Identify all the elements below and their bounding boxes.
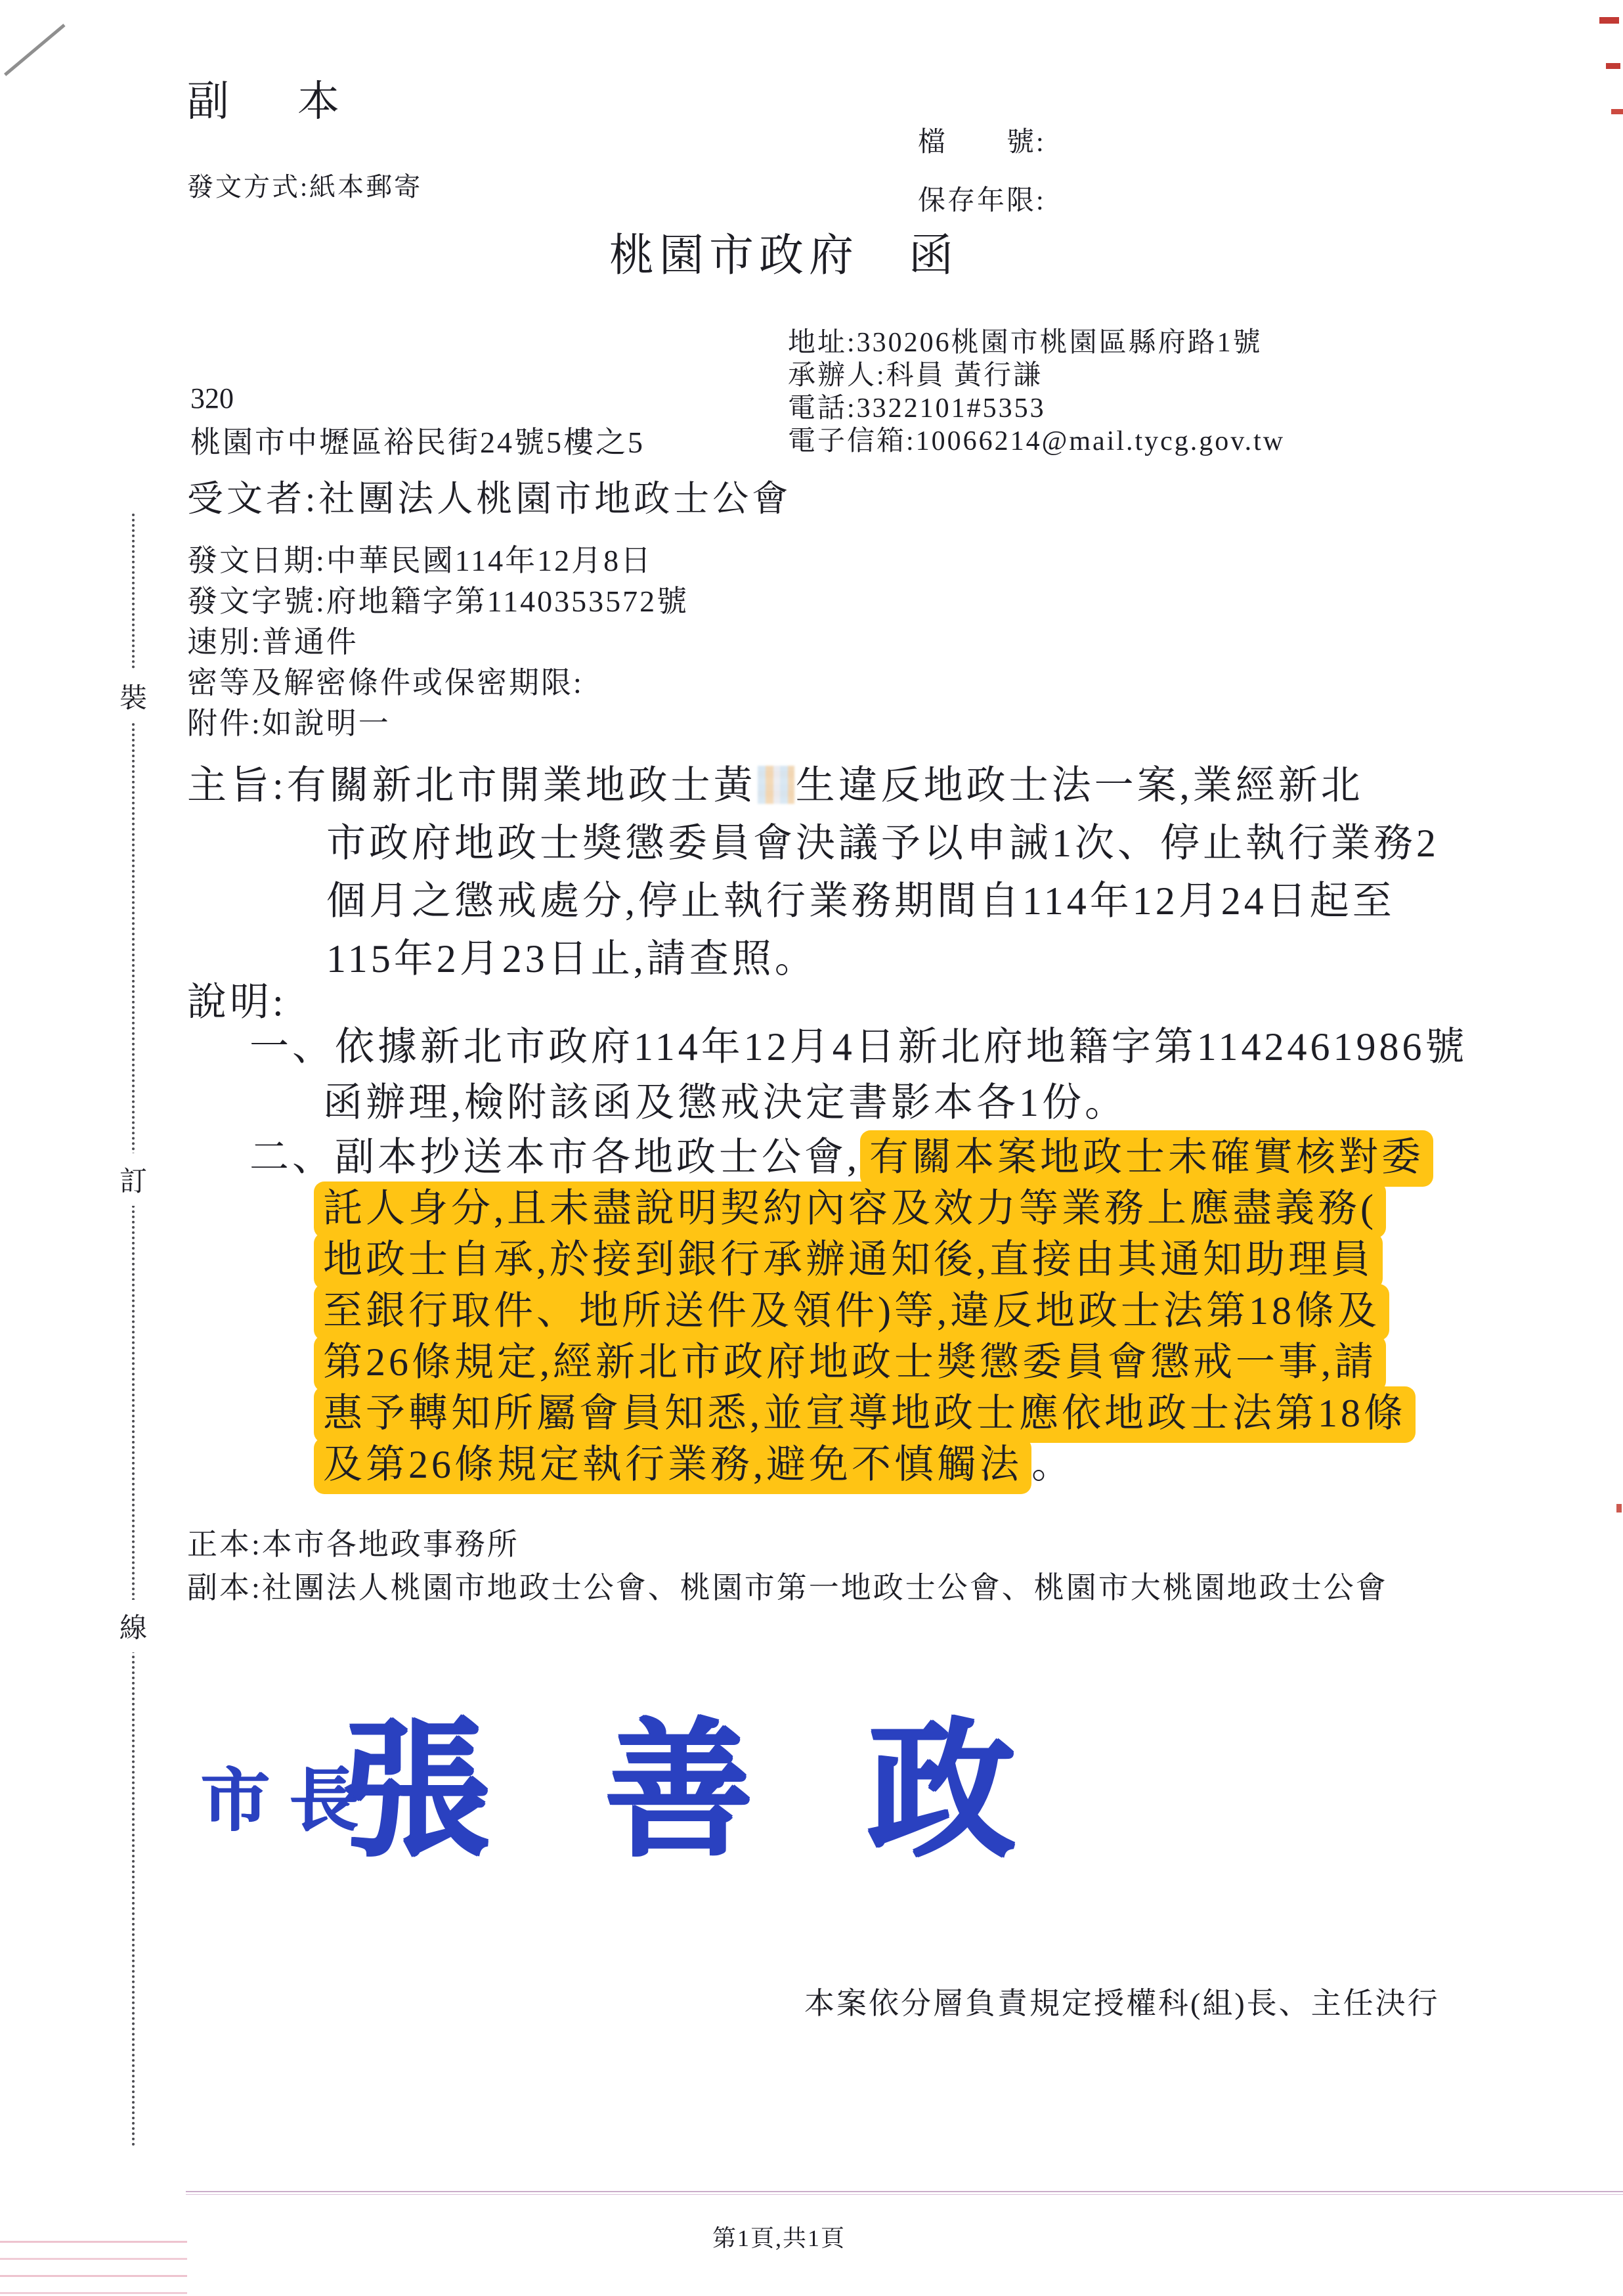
document-title: 桃園市政府 函: [609, 230, 959, 281]
red-mark-artifact: [1606, 63, 1620, 69]
explanation-item-2-line-7: 及第26條規定執行業務,避免不慎觸法。: [323, 1442, 1074, 1488]
footer-divider-line: [186, 2191, 1623, 2195]
corner-slash-artifact: [4, 24, 66, 76]
item-2-prefix: 副本抄送本市各地政士公會,: [335, 1136, 860, 1179]
subject-line-1-pre: 主旨:有關新北市開業地政士黃: [187, 764, 756, 807]
recipient-zip: 320: [190, 382, 234, 416]
redacted-name-block: [758, 766, 794, 804]
attachment-note: 附件:如說明一: [187, 707, 391, 741]
highlighted-text-segment: 第26條規定,經新北市政府地政士獎懲委員會懲戒一事,請: [314, 1335, 1386, 1392]
page-number: 第1頁,共1頁: [712, 2225, 846, 2252]
highlighted-text-segment: 及第26條規定執行業務,避免不慎觸法: [314, 1438, 1031, 1494]
issue-date: 發文日期:中華民國114年12月8日: [187, 544, 653, 579]
red-mark-artifact: [1616, 1504, 1622, 1512]
speed-class: 速別:普通件: [187, 625, 358, 660]
copy-label: 副 本: [187, 77, 353, 126]
item-1-number: 一、: [249, 1025, 335, 1069]
subject-line-3: 個月之懲戒處分,停止執行業務期間自114年12月24日起至: [326, 879, 1395, 924]
highlighted-text-segment: 託人身分,且未盡說明契約內容及效力等業務上應盡義務(: [314, 1181, 1386, 1238]
sender-phone: 電話:3322101#5353: [788, 393, 1046, 424]
highlighted-text-segment: 地政士自承,於接到銀行承辦通知後,直接由其通知助理員: [314, 1233, 1383, 1289]
explanation-item-2-line-2: 託人身分,且未盡說明契約內容及效力等業務上應盡義務(: [323, 1186, 1386, 1231]
binding-mark-ding: 訂: [118, 1153, 148, 1206]
explanation-item-2-line-4: 至銀行取件、地所送件及領件)等,違反地政士法第18條及: [323, 1289, 1389, 1334]
security-class: 密等及解密條件或保密期限:: [187, 666, 584, 701]
binding-dotted-line: [132, 514, 135, 2148]
red-mark-artifact: [1611, 109, 1623, 114]
highlighted-text-segment: 至銀行取件、地所送件及領件)等,違反地政士法第18條及: [314, 1284, 1389, 1340]
explanation-item-2-line-5: 第26條規定,經新北市政府地政士獎懲委員會懲戒一事,請: [323, 1340, 1386, 1385]
pink-line-artifact: [0, 2275, 187, 2277]
explanation-item-2-line-1: 二、副本抄送本市各地政士公會,有關本案地政士未確實核對委: [249, 1135, 1433, 1180]
mayor-signature: 張善政: [341, 1717, 1129, 1865]
red-mark-artifact: [1599, 17, 1619, 24]
recipient-line: 受文者:社團法人桃園市地政士公會: [187, 478, 791, 519]
pink-line-artifact: [0, 2258, 187, 2260]
copies-original: 正本:本市各地政事務所: [187, 1528, 519, 1562]
document-page: 裝 訂 線 副 本 發文方式:紙本郵寄 檔 號: 保存年限: 桃園市政府 函 地…: [0, 0, 1623, 2296]
sender-email: 電子信箱:10066214@mail.tycg.gov.tw: [788, 426, 1285, 457]
recipient-address: 桃園市中壢區裕民街24號5樓之5: [190, 426, 645, 460]
explanation-label: 說明:: [187, 980, 287, 1025]
binding-mark-zhuang: 裝: [118, 670, 148, 722]
sender-contact-person: 承辦人:科員 黃行謙: [788, 360, 1043, 391]
delegation-note: 本案依分層負責規定授權科(組)長、主任決行: [804, 1987, 1440, 2021]
explanation-item-1-line-1: 一、依據新北市政府114年12月4日新北府地籍字第1142461986號: [249, 1025, 1468, 1070]
pink-line-artifact: [0, 2241, 187, 2243]
subject-line-4: 115年2月23日止,請查照。: [326, 937, 817, 982]
pink-line-artifact: [0, 2292, 187, 2294]
doc-number: 發文字號:府地籍字第1140353572號: [187, 585, 689, 619]
item-1-text: 依據新北市政府114年12月4日新北府地籍字第1142461986號: [335, 1025, 1468, 1069]
explanation-item-2-line-3: 地政士自承,於接到銀行承辦通知後,直接由其通知助理員: [323, 1237, 1383, 1283]
item-2-closing-period: 。: [1031, 1443, 1074, 1486]
delivery-method: 發文方式:紙本郵寄: [187, 172, 422, 202]
highlighted-text-segment: 惠予轉知所屬會員知悉,並宣導地政士應依地政士法第18條: [314, 1386, 1416, 1443]
highlighted-text-segment: 有關本案地政士未確實核對委: [860, 1130, 1433, 1187]
copies-cc: 副本:社團法人桃園市地政士公會、桃園市第一地政士公會、桃園市大桃園地政士公會: [187, 1571, 1388, 1606]
binding-mark-xian: 線: [118, 1600, 148, 1652]
subject-line-2: 市政府地政士獎懲委員會決議予以申誡1次、停止執行業務2: [326, 821, 1439, 866]
sender-address: 地址:330206桃園市桃園區縣府路1號: [788, 327, 1263, 359]
retention-label: 保存年限:: [918, 185, 1046, 217]
subject-line-1: 主旨:有關新北市開業地政士黃生違反地政士法一案,業經新北: [187, 763, 1364, 808]
subject-line-1-post: 生違反地政士法一案,業經新北: [796, 764, 1364, 807]
file-number-label: 檔 號:: [918, 127, 1046, 158]
explanation-item-1-line-2: 函辦理,檢附該函及懲戒決定書影本各1份。: [323, 1080, 1127, 1126]
explanation-item-2-line-6: 惠予轉知所屬會員知悉,並宣導地政士應依地政士法第18條: [323, 1391, 1416, 1436]
item-2-number: 二、: [249, 1136, 335, 1179]
